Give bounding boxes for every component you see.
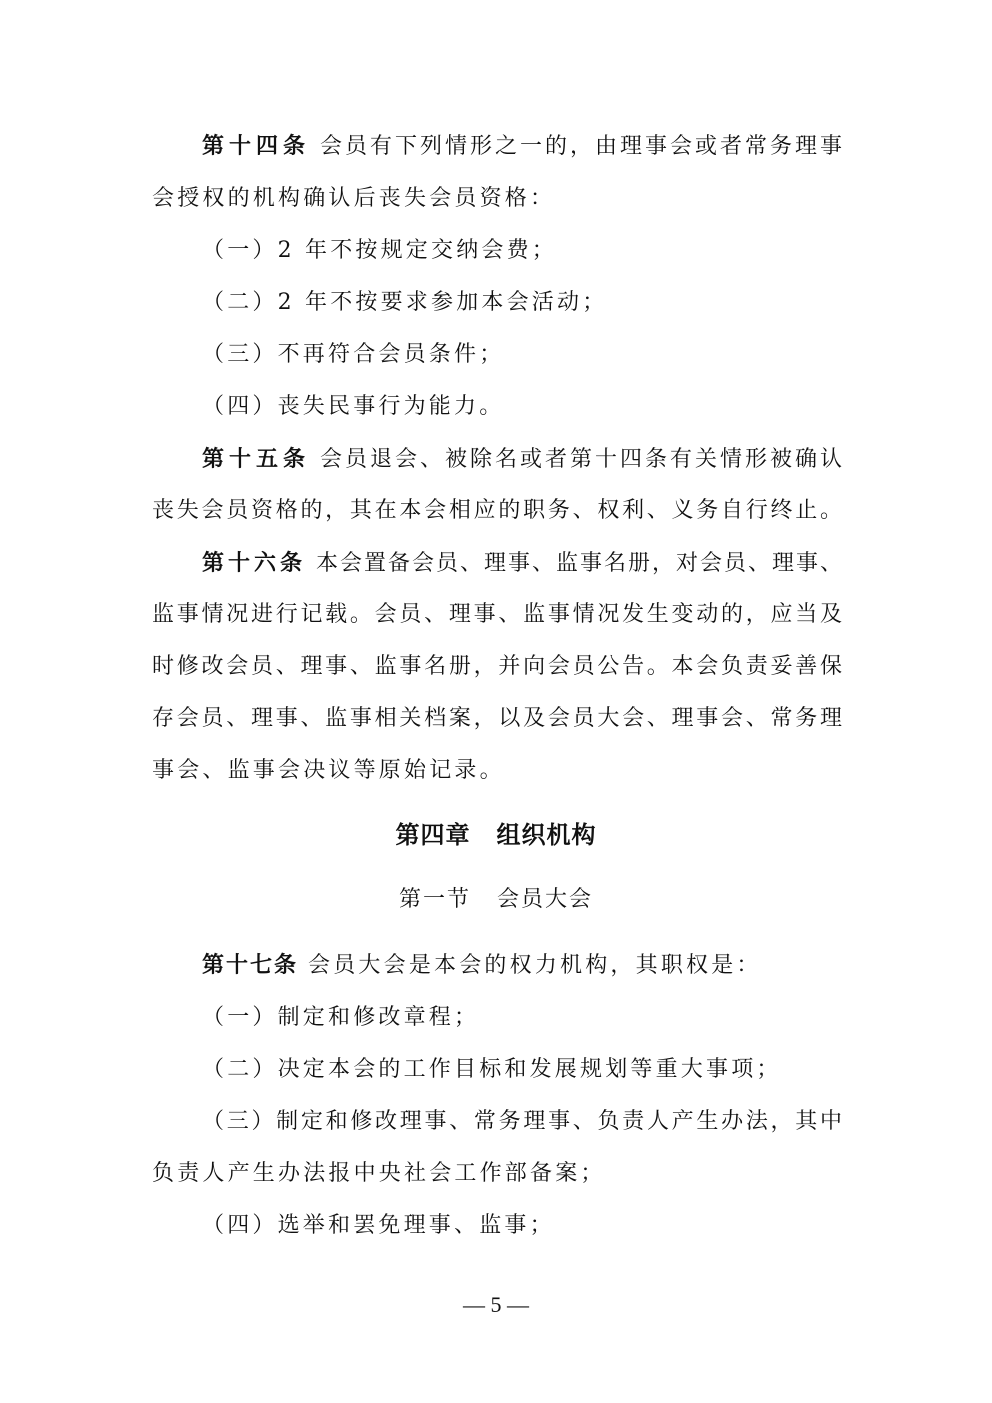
article-14-item-2: （二）2 年不按要求参加本会活动； xyxy=(202,288,842,318)
article-15-line-1: 第十五条会员退会、被除名或者第十四条有关情形被确认 xyxy=(202,444,842,475)
article-17-item-3-line-1: （三）制定和修改理事、常务理事、负责人产生办法，其中 xyxy=(202,1107,842,1137)
article-14-item-3: （三）不再符合会员条件； xyxy=(202,340,842,370)
article-17-label: 第十七条 xyxy=(202,952,298,978)
article-17-item-2: （二）决定本会的工作目标和发展规划等重大事项； xyxy=(202,1055,842,1085)
article-15-text-1: 会员退会、被除名或者第十四条有关情形被确认 xyxy=(320,447,842,472)
article-16-label: 第十六条 xyxy=(202,550,306,576)
chapter-heading: 第四章组织机构 xyxy=(0,820,992,850)
article-15-label: 第十五条 xyxy=(202,446,310,472)
article-16-text-1: 本会置备会员、理事、监事名册，对会员、理事、 xyxy=(316,551,842,576)
article-15-line-2: 丧失会员资格的，其在本会相应的职务、权利、义务自行终止。 xyxy=(152,496,842,526)
document-page: 第十四条会员有下列情形之一的，由理事会或者常务理事 会授权的机构确认后丧失会员资… xyxy=(0,0,992,1403)
article-16-line-3: 时修改会员、理事、监事名册，并向会员公告。本会负责妥善保 xyxy=(152,652,842,682)
section-heading: 第一节会员大会 xyxy=(0,885,992,915)
article-17-text-1: 会员大会是本会的权力机构，其职权是： xyxy=(308,953,762,978)
article-14-line-2: 会授权的机构确认后丧失会员资格： xyxy=(152,184,842,214)
article-16-line-1: 第十六条本会置备会员、理事、监事名册，对会员、理事、 xyxy=(202,548,842,579)
chapter-title: 组织机构 xyxy=(497,820,597,849)
article-16-line-2: 监事情况进行记载。会员、理事、监事情况发生变动的，应当及 xyxy=(152,600,842,630)
article-17-item-1: （一）制定和修改章程； xyxy=(202,1003,842,1033)
chapter-number: 第四章 xyxy=(396,820,471,849)
article-17-line-1: 第十七条会员大会是本会的权力机构，其职权是： xyxy=(202,950,842,981)
article-14-line-1: 第十四条会员有下列情形之一的，由理事会或者常务理事 xyxy=(202,131,842,162)
article-14-text-1: 会员有下列情形之一的，由理事会或者常务理事 xyxy=(320,134,842,159)
article-14-item-4: （四）丧失民事行为能力。 xyxy=(202,392,842,422)
article-14-label: 第十四条 xyxy=(202,133,310,159)
article-14-item-1: （一）2 年不按规定交纳会费； xyxy=(202,236,842,266)
section-title: 会员大会 xyxy=(497,887,593,912)
article-16-line-5: 事会、监事会决议等原始记录。 xyxy=(152,756,842,786)
article-16-line-4: 存会员、理事、监事相关档案，以及会员大会、理事会、常务理 xyxy=(152,704,842,734)
page-number: — 5 — xyxy=(0,1292,992,1318)
article-17-item-3-line-2: 负责人产生办法报中央社会工作部备案； xyxy=(152,1159,842,1189)
section-number: 第一节 xyxy=(399,887,471,912)
article-17-item-4: （四）选举和罢免理事、监事； xyxy=(202,1211,842,1241)
